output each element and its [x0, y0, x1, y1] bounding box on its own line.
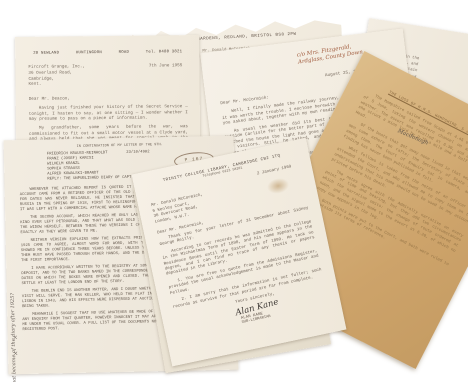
margin-marks: × × — [13, 330, 19, 361]
letterhead: 28 NEWLANDHUNTINGDONROADTel. 0480 3821 — [28, 50, 187, 56]
photograph-of-letters: 6 ELMDALE GARDENS, REDLAND, BRISTOL BS8 … — [0, 0, 468, 382]
letter-date: 7th June 1955 — [149, 63, 188, 87]
salutation: Dear Mr. Deacon, — [29, 95, 188, 102]
addressee-block: Fircroft Grange, Inc.,36 Overland Road,C… — [28, 64, 85, 88]
